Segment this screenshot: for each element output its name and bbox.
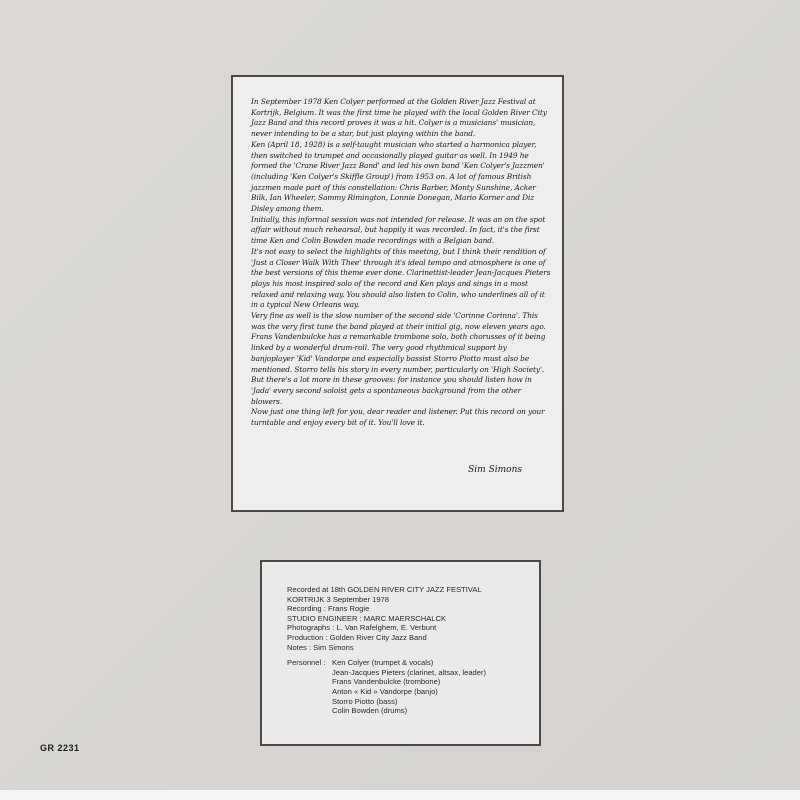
liner-notes-paragraph: Very fine as well is the slow number of …: [251, 311, 552, 375]
liner-notes-frame: In September 1978 Ken Colyer performed a…: [231, 75, 564, 512]
catalog-number: GR 2231: [40, 743, 80, 753]
liner-notes-paragraph: It's not easy to select the highlights o…: [251, 247, 552, 311]
personnel-member: Frans Vandenbulcke (trombone): [332, 677, 486, 687]
personnel-member: Ken Colyer (trumpet & vocals): [332, 658, 486, 668]
liner-notes-text: In September 1978 Ken Colyer performed a…: [251, 97, 552, 429]
personnel-label: Personnel :: [287, 658, 332, 716]
credit-line: Photographs : L. Van Rafelghem, E. Verbu…: [287, 623, 531, 633]
personnel-member: Colin Bowden (drums): [332, 706, 486, 716]
personnel-member: Jean-Jacques Pieters (clarinet, altsax, …: [332, 668, 486, 678]
personnel-section: Personnel : Ken Colyer (trumpet & vocals…: [287, 658, 531, 716]
credit-line: KORTRIJK 3 September 1978: [287, 595, 531, 605]
record-sleeve-back: In September 1978 Ken Colyer performed a…: [0, 0, 800, 800]
credit-line: Recording : Frans Rogie: [287, 604, 531, 614]
liner-notes-paragraph: Initially, this informal session was not…: [251, 215, 552, 247]
personnel-member: Storro Piotto (bass): [332, 697, 486, 707]
liner-notes-paragraph: But there's a lot more in these grooves:…: [251, 375, 552, 407]
credit-line: STUDIO ENGINEER : MARC MAERSCHALCK: [287, 614, 531, 624]
author-signature: Sim Simons: [468, 465, 522, 475]
credit-line: Recorded at 18th GOLDEN RIVER CITY JAZZ …: [287, 585, 531, 595]
credit-line: Notes : Sim Simons: [287, 643, 531, 653]
personnel-member: Anton « Kid » Vandorpe (banjo): [332, 687, 486, 697]
liner-notes-paragraph: Ken (April 18, 1928) is a self-taught mu…: [251, 140, 552, 215]
credits-box: Recorded at 18th GOLDEN RIVER CITY JAZZ …: [260, 560, 541, 746]
liner-notes-paragraph: In September 1978 Ken Colyer performed a…: [251, 97, 552, 140]
credit-line: Production : Golden River City Jazz Band: [287, 633, 531, 643]
credits-text: Recorded at 18th GOLDEN RIVER CITY JAZZ …: [287, 585, 531, 716]
personnel-list: Ken Colyer (trumpet & vocals) Jean-Jacqu…: [332, 658, 486, 716]
liner-notes-paragraph: Now just one thing left for you, dear re…: [251, 407, 552, 428]
